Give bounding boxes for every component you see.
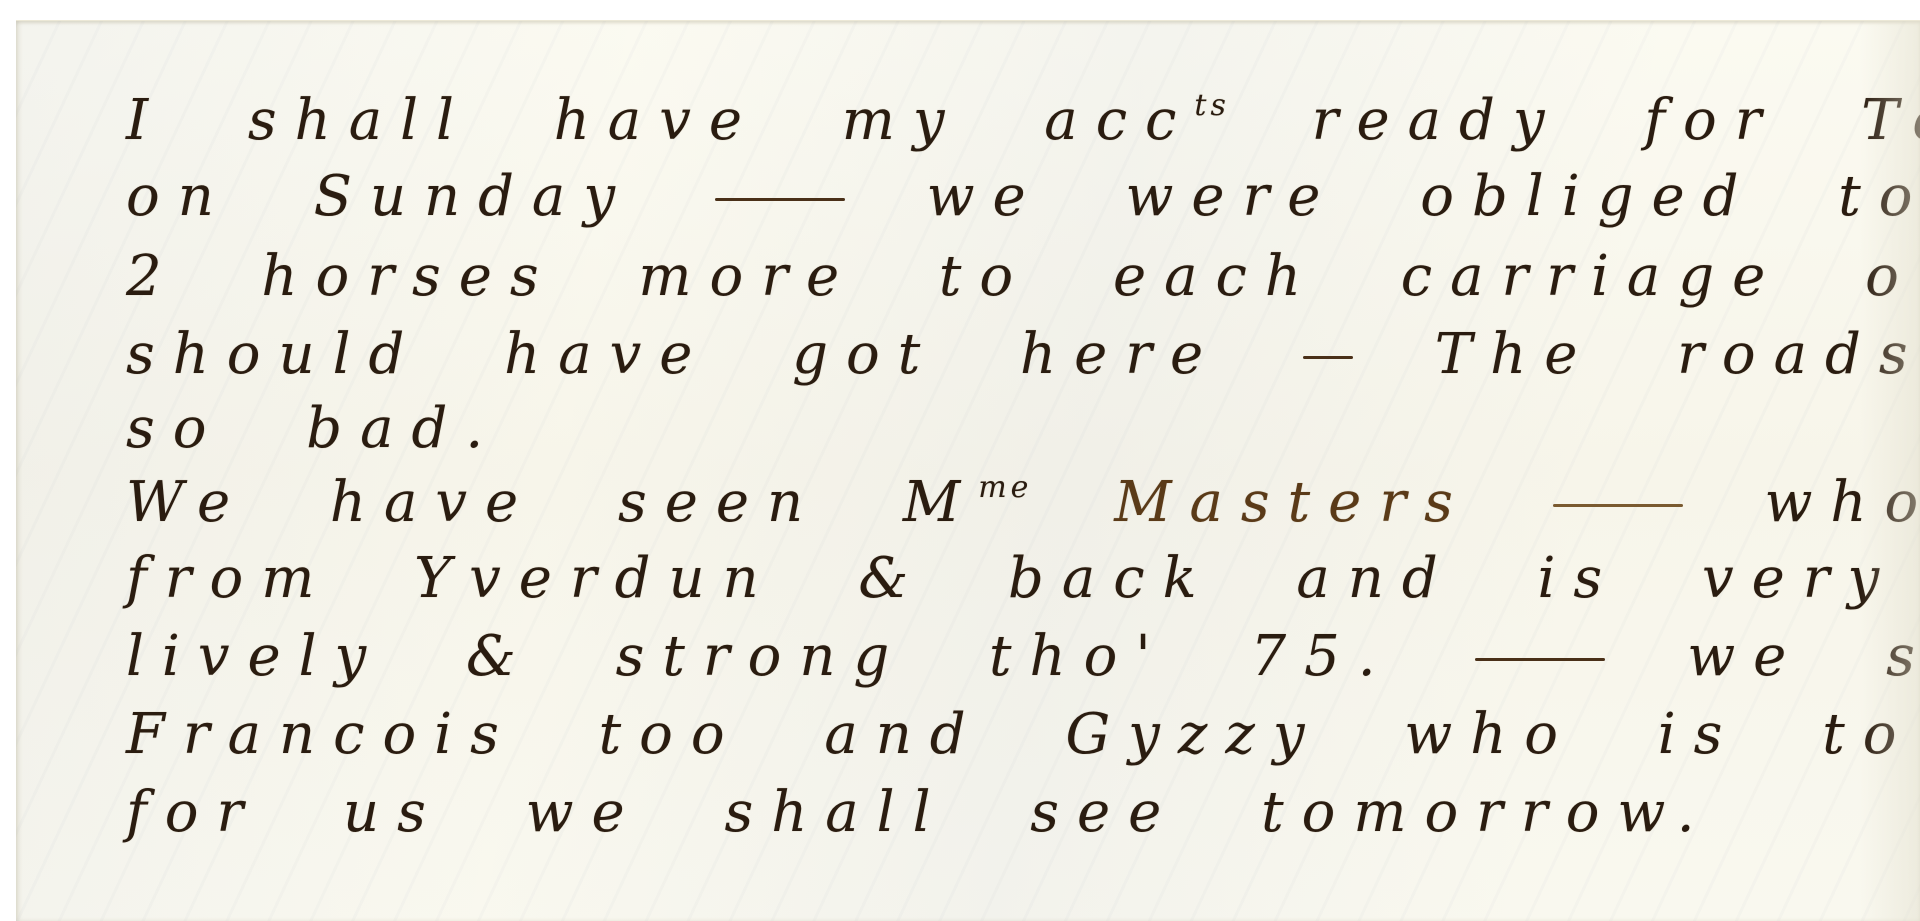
manuscript-line-3: 2 horses more to each carriage or never <box>126 249 1920 305</box>
line-text: we saw <box>1687 624 1920 689</box>
line-text: We have seen M <box>126 470 978 535</box>
manuscript-line-10: for us we shall see tomorrow. <box>126 785 1713 841</box>
line-text: lively & strong tho' 75. <box>126 624 1394 689</box>
line-text: I shall have my acc <box>126 88 1194 153</box>
manuscript-line-1: I shall have my accts ready for Townsend <box>126 91 1920 149</box>
line-text: on Sunday <box>126 164 633 229</box>
line-text: who walks <box>1764 470 1920 535</box>
line-text: should have got here <box>126 322 1221 387</box>
manuscript-line-8: lively & strong tho' 75. we saw <box>126 629 1920 685</box>
manuscript-line-2: on Sunday we were obliged to have <box>126 169 1920 225</box>
line-text: from Yverdun & back and is very <box>126 546 1897 611</box>
superscript: me <box>978 470 1032 505</box>
manuscript-line-5: so bad. <box>126 401 501 457</box>
manuscript-line-9: Francois too and Gyzzy who is to wash <box>126 707 1920 763</box>
pen-dash <box>1553 504 1683 507</box>
line-text: 2 horses more to each carriage or never <box>126 244 1920 309</box>
manuscript-line-6: We have seen Mme Masters who walks <box>126 473 1920 531</box>
pen-dash <box>715 198 845 201</box>
line-text: so bad. <box>126 396 501 461</box>
pen-dash <box>1475 658 1605 661</box>
line-text: The roads were <box>1435 322 1920 387</box>
line-text: we were obliged to have <box>927 164 1920 229</box>
line-text: Masters <box>1032 470 1470 535</box>
pen-dash <box>1303 356 1353 359</box>
line-text: ready for Townsend <box>1230 88 1920 153</box>
manuscript-line-4: should have got here The roads were <box>126 327 1920 383</box>
manuscript-page: I shall have my accts ready for Townsend… <box>16 20 1920 920</box>
manuscript-line-7: from Yverdun & back and is very <box>126 551 1897 607</box>
superscript: ts <box>1194 88 1229 123</box>
line-text: for us we shall see tomorrow. <box>126 780 1713 845</box>
line-text: Francois too and Gyzzy who is to wash <box>126 702 1920 767</box>
